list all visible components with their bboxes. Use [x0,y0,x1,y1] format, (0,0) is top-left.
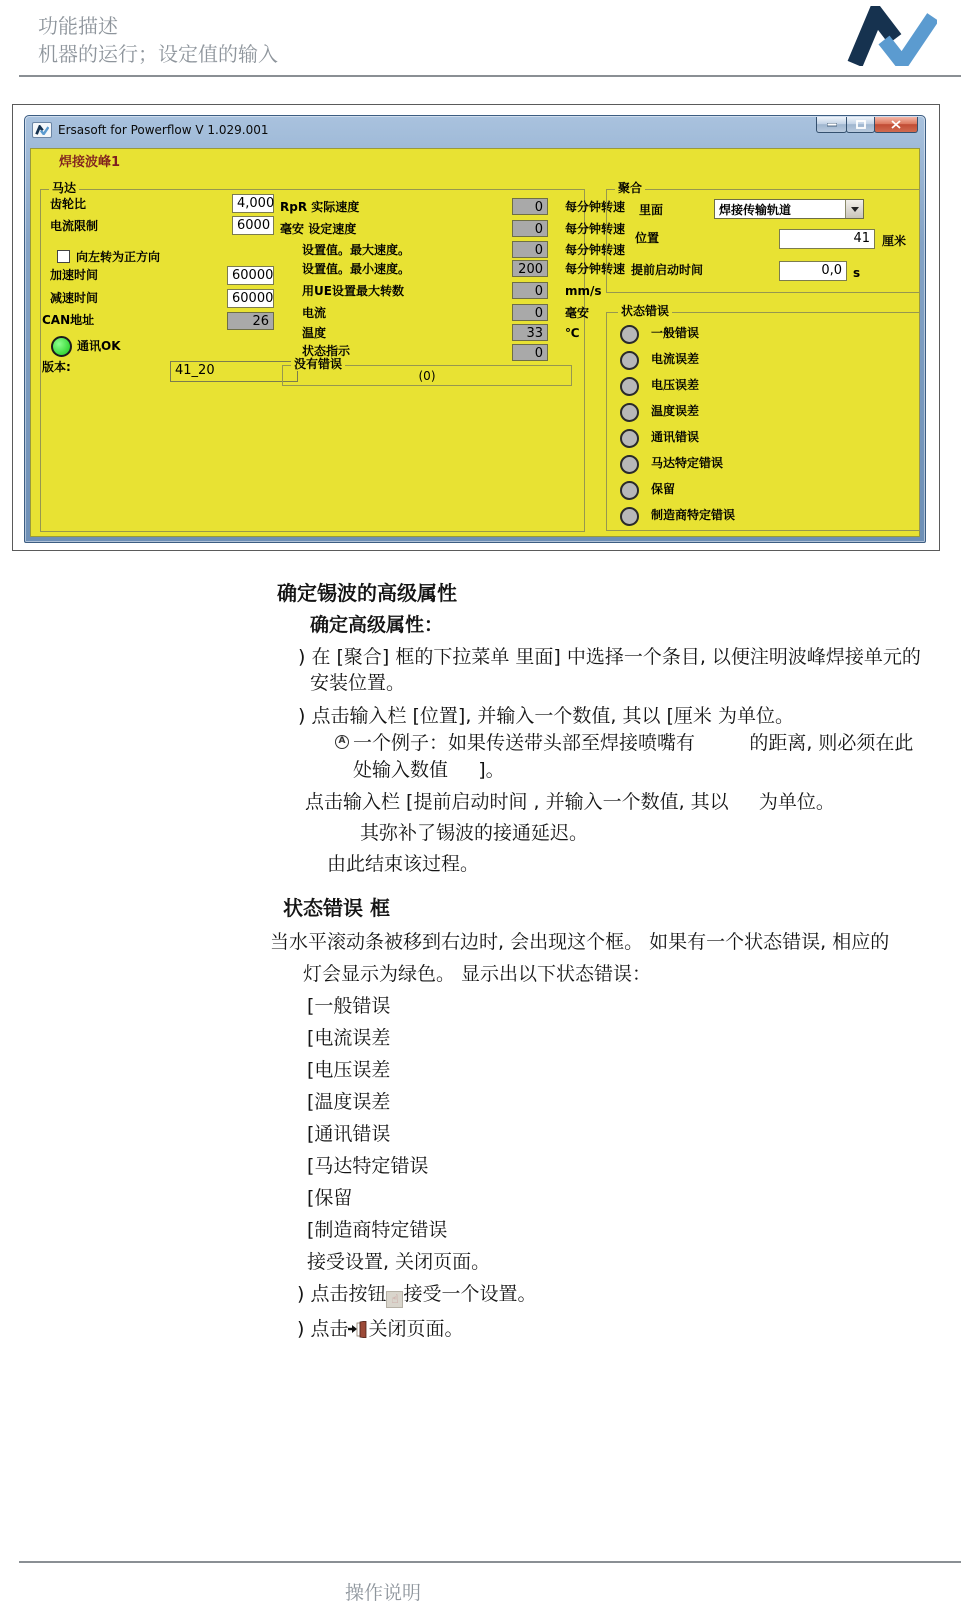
direction-checkbox-label: 向左转为正方向 [76,250,160,264]
version-value: 41_20 [170,361,298,382]
step-text: ) 在 [聚合] 框的下拉菜单 里面] 中选择一个条目, 以便注明波峰焊接单元的 [298,644,921,670]
window-titlebar[interactable]: Ersasoft for Powerflow V 1.029.001 [25,116,925,143]
app-icon [32,122,52,138]
group-motor-label: 马达 [49,182,79,195]
company-logo-icon [845,6,937,66]
close-icon [891,120,901,129]
list-item: [温度误差 [307,1089,390,1115]
readout-value: 0 [512,304,548,321]
accel-time-input[interactable]: 60000 [227,266,274,285]
sub-heading: 确定高级属性： [310,612,443,638]
position-unit: 厘米 [882,234,906,248]
temperature-label: 温度 [302,326,326,340]
header-title: 功能描述 [38,10,118,39]
readout-unit: mm/s [565,284,602,298]
close-button[interactable] [874,117,918,133]
manual-page: 功能描述 机器的运行；设定值的输入 Ersasoft for Powerflow… [0,0,976,1606]
status-error-label: 一般错误 [651,326,699,340]
status-lamp-icon [620,429,639,448]
group-status-errors [606,312,920,531]
app-client-area: 焊接波峰1 马达 齿轮比 4,000 RpR 实际速度 电流限制 6000 毫安… [30,148,920,537]
status-error-label: 电流误差 [651,352,699,366]
status-indicator-label: 状态指示 [302,344,350,358]
status-lamp-icon [620,403,639,422]
list-item: [一般错误 [307,993,390,1019]
transport-rail-value: 焊接传输轨道 [715,201,845,218]
readout-value: 0 [512,344,548,361]
step-text-prefix: ) 点击按钮 [297,1283,386,1305]
list-item: [马达特定错误 [307,1153,428,1179]
footer-label: 操作说明 [345,1578,421,1605]
comm-ok-led-icon [51,336,72,357]
list-item: [电压误差 [307,1057,390,1083]
header-divider [19,75,961,77]
note-text: 处输入数值 ]。 [353,757,505,783]
group-aggregate-label: 聚合 [615,182,645,195]
lead-time-input[interactable]: 0,0 [779,261,847,281]
note-text: 一个例子：如果传送带头部至焊接喷嘴有 的距离, 则必须在此 [353,730,913,756]
gear-ratio-label: 齿轮比 [50,197,86,211]
inside-label: 里面 [639,203,663,217]
current-limit-label: 电流限制 [50,219,98,233]
gear-ratio-input[interactable]: 4,000 [232,194,274,213]
status-lamp-icon [620,481,639,500]
section-heading: 确定锡波的高级属性 [277,580,457,606]
readout-value: 0 [512,241,548,258]
note-circle-icon: A [335,735,349,749]
chevron-down-icon [851,207,859,212]
readout-unit: ℃ [565,326,580,340]
status-error-label: 通讯错误 [651,430,699,444]
status-error-label: 温度误差 [651,404,699,418]
readout-value: 0 [512,282,548,299]
transport-rail-dropdown[interactable]: 焊接传输轨道 [714,199,864,219]
minimize-button[interactable] [816,117,847,133]
direction-checkbox[interactable] [57,250,70,263]
lead-time-unit: s [853,266,860,280]
paragraph: 灯会显示为绿色。 显示出以下状态错误： [303,961,651,987]
status-lamp-icon [620,455,639,474]
step-text: ) 点击输入栏 [位置], 并输入一个数值, 其以 [厘米 为单位。 [298,703,794,729]
set-speed-label: 设定速度 [308,222,356,236]
readout-unit: 毫安 [565,306,589,320]
screenshot-frame: Ersasoft for Powerflow V 1.029.001 焊接波峰1… [12,104,940,551]
setpoint-max-label: 设置值。最大速度。 [302,243,410,257]
gear-ratio-unit: RpR 实际速度 [280,200,359,214]
position-label: 位置 [635,231,659,245]
step-text: 点击输入栏 [提前启动时间 , 并输入一个数值, 其以 为单位。 [305,789,835,815]
position-input[interactable]: 41 [779,229,875,249]
comm-ok-label: 通讯OK [77,339,121,353]
paragraph: 接受设置, 关闭页面。 [307,1249,490,1275]
group-status-errors-label: 状态错误 [618,305,672,318]
list-item: [制造商特定错误 [307,1217,447,1243]
window-title: Ersasoft for Powerflow V 1.029.001 [58,123,268,137]
dropdown-button[interactable] [845,200,863,218]
status-error-label: 马达特定错误 [651,456,723,470]
step-text-suffix: 接受一个设置。 [403,1283,536,1305]
list-item: [保留 [307,1185,352,1211]
current-limit-unit: 毫安 设定速度 [280,222,356,236]
app-window: Ersasoft for Powerflow V 1.029.001 焊接波峰1… [24,115,926,543]
maximize-button[interactable] [846,117,875,133]
status-lamp-icon [620,507,639,526]
readout-value: 200 [512,260,548,277]
caption-buttons [817,117,918,133]
header-subtitle: 机器的运行；设定值的输入 [38,38,278,67]
status-error-label: 制造商特定错误 [651,508,735,522]
step-text: ) 点击关闭页面。 [297,1316,463,1345]
readout-value: 0 [512,220,548,237]
current-readout-label: 电流 [302,306,326,320]
list-item: [通讯错误 [307,1121,390,1147]
footer-divider [19,1561,961,1563]
step-text: ) 点击按钮☝接受一个设置。 [297,1281,536,1308]
maximize-icon [856,120,866,129]
actual-speed-label: 实际速度 [311,200,359,214]
readout-value: 0 [512,198,548,215]
accept-button-icon: ☝ [386,1291,403,1308]
can-address-value: 26 [227,312,274,330]
minimize-icon [827,123,837,127]
paragraph: 当水平滚动条被移到右边时, 会出现这个框。 如果有一个状态错误, 相应的 [270,929,889,955]
status-error-label: 保留 [651,482,675,496]
step-text-suffix: 关闭页面。 [368,1318,463,1340]
lead-time-label: 提前启动时间 [631,263,703,277]
ue-max-rpm-label: 用UE设置最大转数 [302,284,404,298]
step-text-prefix: ) 点击 [297,1318,348,1340]
decel-time-input[interactable]: 60000 [227,289,274,308]
exit-door-icon [348,1319,368,1345]
list-item: [电流误差 [307,1025,390,1051]
decel-time-label: 减速时间 [50,291,98,305]
gear-unit: RpR [280,200,307,214]
can-address-label: CAN地址 [42,313,94,327]
page-label: 焊接波峰1 [59,156,120,170]
status-lamp-icon [620,325,639,344]
step-text: 由此结束该过程。 [327,851,479,877]
no-error-value: (0) [282,369,572,383]
status-error-label: 电压误差 [651,378,699,392]
section-heading: 状态错误 框 [283,895,390,921]
status-lamp-icon [620,351,639,370]
accel-time-label: 加速时间 [50,268,98,282]
note-text: 其弥补了锡波的接通延迟。 [360,820,588,846]
current-unit: 毫安 [280,222,304,236]
status-lamp-icon [620,377,639,396]
version-label: 版本: [42,360,71,374]
current-limit-input[interactable]: 6000 [232,216,274,235]
step-text: 安装位置。 [310,670,405,696]
readout-value: 33 [512,324,548,341]
setpoint-min-label: 设置值。最小速度。 [302,262,410,276]
